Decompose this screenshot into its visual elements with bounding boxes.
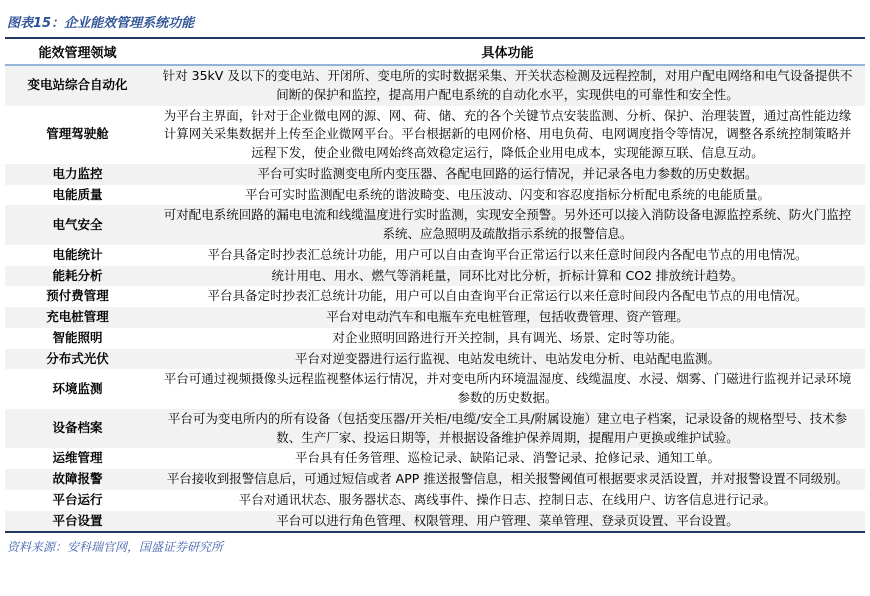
report-figure-page: 图表15：企业能效管理系统功能 能效管理领域 具体功能 变电站综合自动化 针对 …	[0, 0, 870, 555]
domain-cell: 电力监控	[5, 164, 150, 185]
domain-cell: 充电桩管理	[5, 307, 150, 328]
function-cell: 平台可为变电所内的所有设备（包括变压器/开关柜/电缆/安全工具/附属设施）建立电…	[150, 409, 865, 449]
domain-cell: 电气安全	[5, 215, 150, 236]
table-row: 变电站综合自动化 针对 35kV 及以下的变电站、开闭所、变电所的实时数据采集、…	[5, 66, 865, 106]
function-cell: 为平台主界面，针对于企业微电网的源、网、荷、储、充的各个关键节点安装监测、分析、…	[150, 106, 865, 164]
domain-cell: 预付费管理	[5, 286, 150, 307]
function-cell: 统计用电、用水、燃气等消耗量，同环比对比分析，折标计算和 CO2 排放统计趋势。	[150, 266, 865, 287]
function-cell: 平台对逆变器进行运行监视、电站发电统计、电站发电分析、电站配电监测。	[150, 349, 865, 370]
function-cell: 平台具备定时抄表汇总统计功能，用户可以自由查询平台正常运行以来任意时间段内各配电…	[150, 286, 865, 307]
domain-cell: 电能质量	[5, 185, 150, 206]
domain-cell: 变电站综合自动化	[5, 75, 150, 96]
table-row: 充电桩管理 平台对电动汽车和电瓶车充电桩管理，包括收费管理、资产管理。	[5, 307, 865, 328]
domain-cell: 分布式光伏	[5, 349, 150, 370]
energy-management-table: 能效管理领域 具体功能 变电站综合自动化 针对 35kV 及以下的变电站、开闭所…	[5, 37, 865, 533]
domain-cell: 环境监测	[5, 379, 150, 400]
table-body: 变电站综合自动化 针对 35kV 及以下的变电站、开闭所、变电所的实时数据采集、…	[5, 66, 865, 531]
figure-title: 图表15：企业能效管理系统功能	[5, 10, 865, 37]
domain-cell: 管理驾驶舱	[5, 124, 150, 145]
table-row: 平台运行 平台对通讯状态、服务器状态、离线事件、操作日志、控制日志、在线用户、访…	[5, 490, 865, 511]
function-cell: 平台具备定时抄表汇总统计功能，用户可以自由查询平台正常运行以来任意时间段内各配电…	[150, 245, 865, 266]
domain-cell: 平台运行	[5, 490, 150, 511]
table-row: 分布式光伏 平台对逆变器进行运行监视、电站发电统计、电站发电分析、电站配电监测。	[5, 349, 865, 370]
domain-cell: 故障报警	[5, 469, 150, 490]
function-cell: 平台接收到报警信息后，可通过短信或者 APP 推送报警信息，相关报警阈值可根据要…	[150, 469, 865, 490]
table-row: 电能质量 平台可实时监测配电系统的谐波畸变、电压波动、闪变和容忍度指标分析配电系…	[5, 185, 865, 206]
table-row: 电能统计 平台具备定时抄表汇总统计功能，用户可以自由查询平台正常运行以来任意时间…	[5, 245, 865, 266]
table-row: 运维管理 平台具有任务管理、巡检记录、缺陷记录、消警记录、抢修记录、通知工单。	[5, 448, 865, 469]
table-row: 智能照明 对企业照明回路进行开关控制，具有调光、场景、定时等功能。	[5, 328, 865, 349]
function-cell: 平台对通讯状态、服务器状态、离线事件、操作日志、控制日志、在线用户、访客信息进行…	[150, 490, 865, 511]
table-row: 管理驾驶舱 为平台主界面，针对于企业微电网的源、网、荷、储、充的各个关键节点安装…	[5, 106, 865, 164]
function-cell: 平台具有任务管理、巡检记录、缺陷记录、消警记录、抢修记录、通知工单。	[150, 448, 865, 469]
header-function-column: 具体功能	[150, 42, 865, 61]
function-cell: 对企业照明回路进行开关控制，具有调光、场景、定时等功能。	[150, 328, 865, 349]
table-row: 故障报警 平台接收到报警信息后，可通过短信或者 APP 推送报警信息，相关报警阈…	[5, 469, 865, 490]
table-row: 设备档案 平台可为变电所内的所有设备（包括变压器/开关柜/电缆/安全工具/附属设…	[5, 409, 865, 449]
table-row: 电气安全 可对配电系统回路的漏电电流和线缆温度进行实时监测，实现安全预警。另外还…	[5, 205, 865, 245]
header-domain-column: 能效管理领域	[5, 42, 150, 61]
table-row: 预付费管理 平台具备定时抄表汇总统计功能，用户可以自由查询平台正常运行以来任意时…	[5, 286, 865, 307]
function-cell: 平台对电动汽车和电瓶车充电桩管理，包括收费管理、资产管理。	[150, 307, 865, 328]
function-cell: 平台可以进行角色管理、权限管理、用户管理、菜单管理、登录页设置、平台设置。	[150, 511, 865, 532]
table-row: 能耗分析 统计用电、用水、燃气等消耗量，同环比对比分析，折标计算和 CO2 排放…	[5, 266, 865, 287]
function-cell: 平台可通过视频摄像头远程监视整体运行情况，并对变电所内环境温湿度、线缆温度、水浸…	[150, 369, 865, 409]
domain-cell: 能耗分析	[5, 266, 150, 287]
table-row: 平台设置 平台可以进行角色管理、权限管理、用户管理、菜单管理、登录页设置、平台设…	[5, 511, 865, 532]
table-header-row: 能效管理领域 具体功能	[5, 39, 865, 66]
domain-cell: 设备档案	[5, 418, 150, 439]
function-cell: 平台可实时监测配电系统的谐波畸变、电压波动、闪变和容忍度指标分析配电系统的电能质…	[150, 185, 865, 206]
table-row: 电力监控 平台可实时监测变电所内变压器、各配电回路的运行情况，并记录各电力参数的…	[5, 164, 865, 185]
function-cell: 可对配电系统回路的漏电电流和线缆温度进行实时监测，实现安全预警。另外还可以接入消…	[150, 205, 865, 245]
domain-cell: 智能照明	[5, 328, 150, 349]
domain-cell: 平台设置	[5, 511, 150, 532]
domain-cell: 电能统计	[5, 245, 150, 266]
source-attribution: 资料来源：安科瑞官网，国盛证券研究所	[5, 533, 865, 555]
table-row: 环境监测 平台可通过视频摄像头远程监视整体运行情况，并对变电所内环境温湿度、线缆…	[5, 369, 865, 409]
function-cell: 针对 35kV 及以下的变电站、开闭所、变电所的实时数据采集、开关状态检测及远程…	[150, 66, 865, 106]
domain-cell: 运维管理	[5, 448, 150, 469]
function-cell: 平台可实时监测变电所内变压器、各配电回路的运行情况，并记录各电力参数的历史数据。	[150, 164, 865, 185]
